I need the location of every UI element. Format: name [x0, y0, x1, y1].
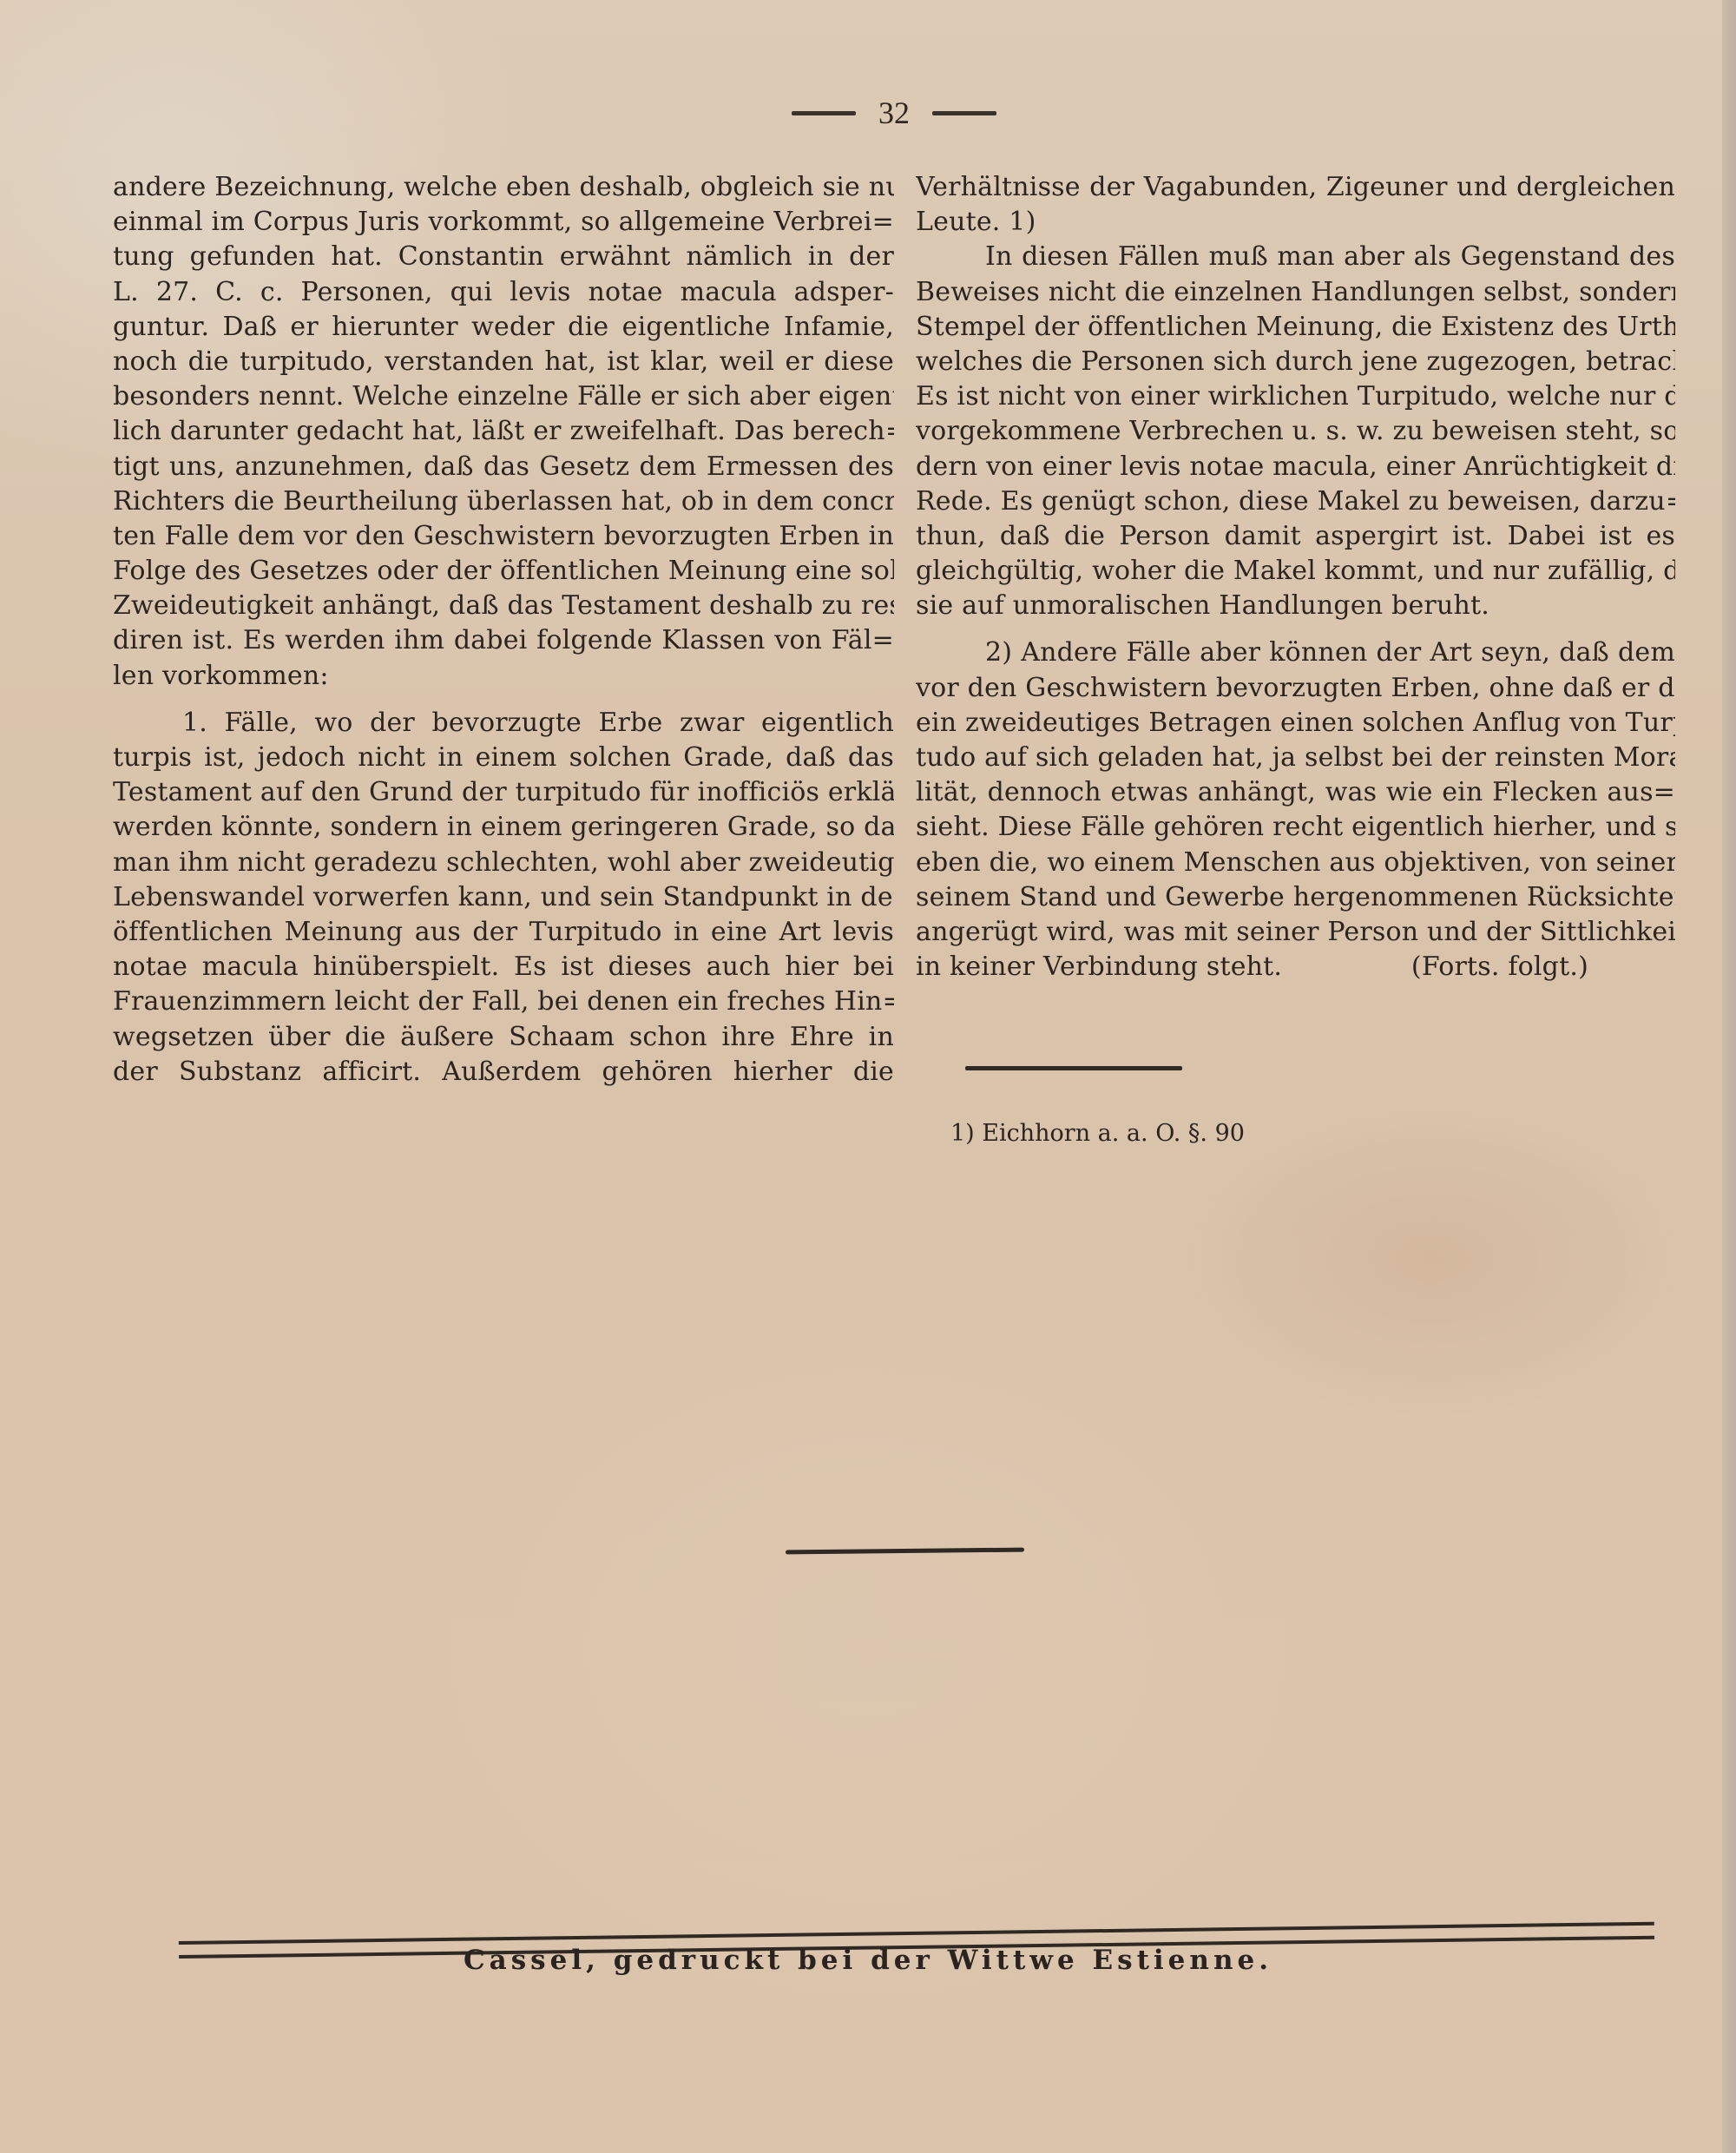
continuation-note: (Forts. folgt.) — [1411, 950, 1588, 984]
header-dash-right — [932, 111, 996, 115]
printer-imprint: Cassel, gedruckt bei der Wittwe Estienne… — [0, 1945, 1736, 1976]
text-line: tung gefunden hat. Constantin erwähnt nä… — [113, 240, 894, 274]
text-line: Beweises nicht die einzelnen Handlungen … — [916, 275, 1675, 310]
header-dash-left — [792, 111, 856, 115]
newspaper-page: 32 andere Bezeichnung, welche eben desha… — [0, 0, 1736, 2153]
paragraph-start: In diesen Fällen muß man aber als Gegens… — [916, 240, 1675, 274]
page-number: 32 — [878, 95, 910, 131]
text-line: Testament auf den Grund der turpitudo fü… — [113, 775, 894, 810]
text-line: len vorkommen: — [113, 659, 894, 694]
footnote: 1) Eichhorn a. a. O. §. 90 — [950, 1120, 1245, 1147]
text-line: Es ist nicht von einer wirklichen Turpit… — [916, 379, 1675, 414]
text-line: vorgekommene Verbrechen u. s. w. zu bewe… — [916, 414, 1675, 449]
text-line: seinem Stand und Gewerbe hergenommenen R… — [916, 880, 1675, 915]
text-line: einmal im Corpus Juris vorkommt, so allg… — [113, 205, 894, 240]
text-line: sieht. Diese Fälle gehören recht eigentl… — [916, 810, 1675, 845]
text-line: turpis ist, jedoch nicht in einem solche… — [113, 741, 894, 775]
text-line: tudo auf sich geladen hat, ja selbst bei… — [916, 741, 1675, 775]
text-line: andere Bezeichnung, welche eben deshalb,… — [113, 170, 894, 205]
footnote-rule — [965, 1066, 1182, 1070]
section-end-rule — [786, 1548, 1024, 1555]
text-line: ten Falle dem vor den Geschwistern bevor… — [113, 519, 894, 554]
text-line: eben die, wo einem Menschen aus objektiv… — [916, 846, 1675, 880]
text-line: L. 27. C. c. Personen, qui levis notae m… — [113, 275, 894, 310]
text-line: thun, daß die Person damit aspergirt ist… — [916, 519, 1675, 554]
left-column: andere Bezeichnung, welche eben deshalb,… — [113, 170, 894, 1090]
text-line: dern von einer levis notae macula, einer… — [916, 450, 1675, 484]
text-line: Rede. Es genügt schon, diese Makel zu be… — [916, 484, 1675, 519]
last-line-with-continuation: in keiner Verbindung steht. (Forts. folg… — [916, 950, 1675, 984]
text-line: lität, dennoch etwas anhängt, was wie ei… — [916, 775, 1675, 810]
text-line: man ihm nicht geradezu schlechten, wohl … — [113, 846, 894, 880]
text-line: lich darunter gedacht hat, läßt er zweif… — [113, 414, 894, 449]
text-line: Leute. 1) — [916, 205, 1675, 240]
text-line: gleichgültig, woher die Makel kommt, und… — [916, 554, 1675, 589]
text-line: Stempel der öffentlichen Meinung, die Ex… — [916, 310, 1675, 345]
text-line: der Substanz afficirt. Außerdem gehören … — [113, 1055, 894, 1090]
list-item-1-start: 1. Fälle, wo der bevorzugte Erbe zwar ei… — [113, 706, 894, 741]
text-line: noch die turpitudo, verstanden hat, ist … — [113, 345, 894, 379]
text-line: tigt uns, anzunehmen, daß das Gesetz dem… — [113, 450, 894, 484]
text-line: werden könnte, sondern in einem geringer… — [113, 810, 894, 845]
text-line: ein zweideutiges Betragen einen solchen … — [916, 706, 1675, 741]
text-line: vor den Geschwistern bevorzugten Erben, … — [916, 671, 1675, 706]
text-line: Verhältnisse der Vagabunden, Zigeuner un… — [916, 170, 1675, 205]
text-line: in keiner Verbindung steht. — [916, 950, 1282, 984]
text-line: Zweideutigkeit anhängt, daß das Testamen… — [113, 589, 894, 623]
text-line: guntur. Daß er hierunter weder die eigen… — [113, 310, 894, 345]
text-line: notae macula hinüberspielt. Es ist diese… — [113, 950, 894, 984]
page-edge — [1722, 0, 1736, 2153]
text-line: besonders nennt. Welche einzelne Fälle e… — [113, 379, 894, 414]
text-line: diren ist. Es werden ihm dabei folgende … — [113, 623, 894, 658]
text-line: angerügt wird, was mit seiner Person und… — [916, 915, 1675, 950]
text-line: Richters die Beurtheilung überlassen hat… — [113, 484, 894, 519]
list-item-2-start: 2) Andere Fälle aber können der Art seyn… — [916, 635, 1675, 670]
text-line: Frauenzimmern leicht der Fall, bei denen… — [113, 984, 894, 1019]
text-line: Lebenswandel vorwerfen kann, und sein St… — [113, 880, 894, 915]
text-line: öffentlichen Meinung aus der Turpitudo i… — [113, 915, 894, 950]
page-header: 32 — [764, 87, 1024, 139]
text-line: welches die Personen sich durch jene zug… — [916, 345, 1675, 379]
text-line: sie auf unmoralischen Handlungen beruht. — [916, 589, 1675, 623]
text-line: wegsetzen über die äußere Schaam schon i… — [113, 1020, 894, 1055]
text-line: Folge des Gesetzes oder der öffentlichen… — [113, 554, 894, 589]
right-column: Verhältnisse der Vagabunden, Zigeuner un… — [916, 170, 1675, 984]
